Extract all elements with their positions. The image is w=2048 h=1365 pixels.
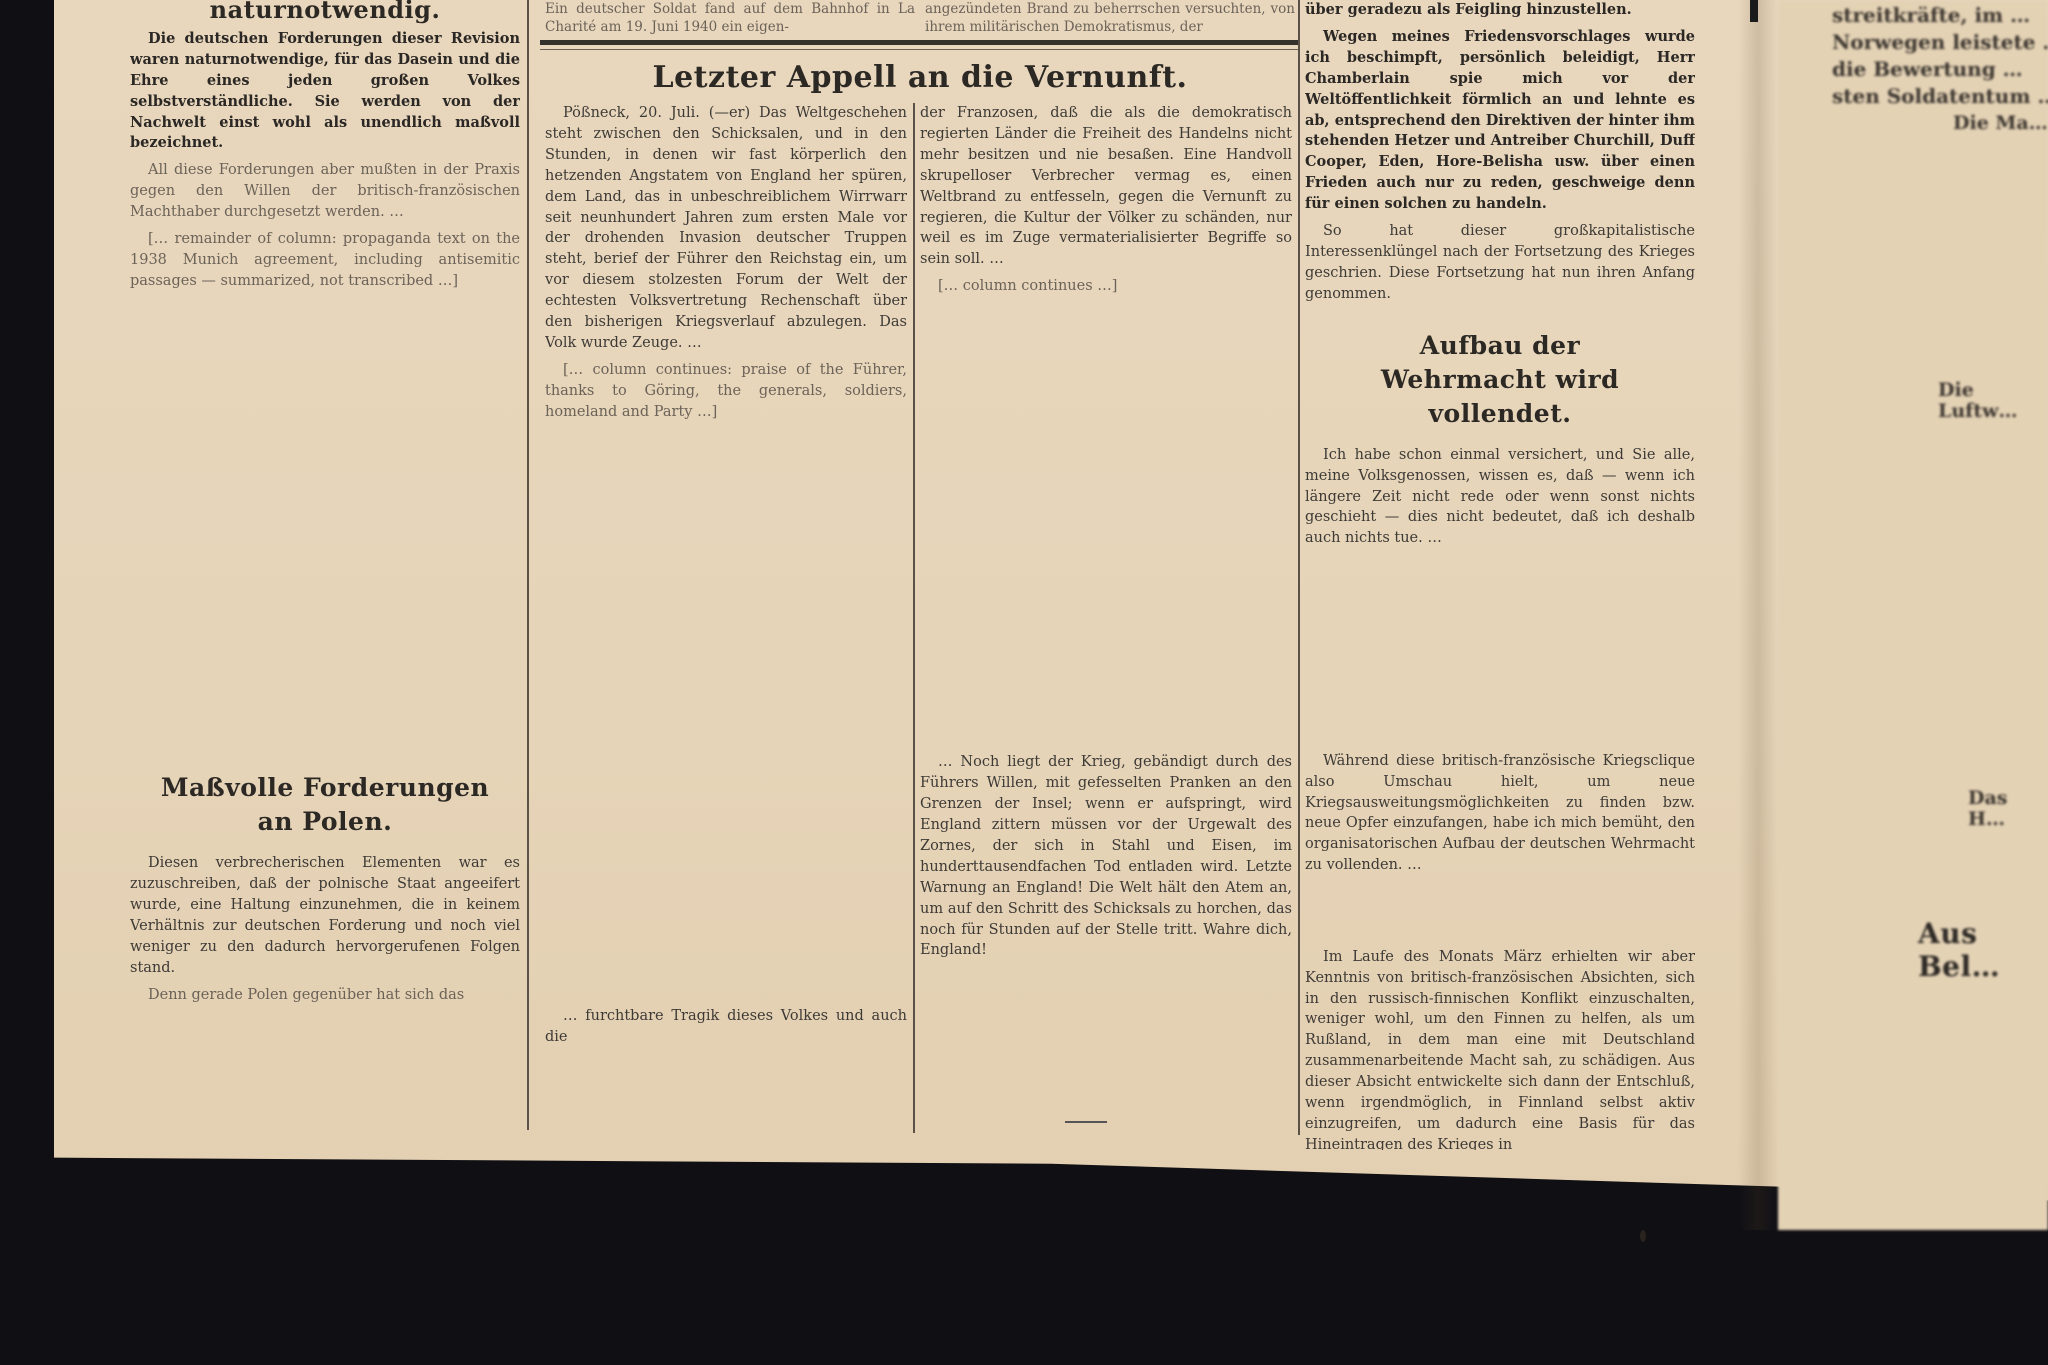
paragraph: Pößneck, 20. Juli. (—er) Das Weltgescheh… (545, 103, 907, 354)
top-fragment-right: angezündeten Brand zu beherrschen versuc… (925, 0, 1295, 40)
page-fold (1738, 0, 1778, 1230)
paragraph: So hat dieser großkapitalistische Intere… (1305, 221, 1695, 305)
headline-top-partial: naturnotwendig. (130, 0, 520, 21)
column-rule (527, 0, 529, 1130)
end-of-article-dash (1065, 1121, 1107, 1123)
column-3: der Franzosen, daß die als die demokrati… (920, 103, 1292, 1133)
right-subhead: Die Ma… (1953, 113, 2048, 134)
text-line: streitkräfte, im … (1832, 2, 2048, 29)
paragraph: Die deutschen Forderungen dieser Revisio… (130, 29, 520, 154)
column-rule (913, 103, 915, 1133)
paragraph: [… column continues …] (920, 276, 1292, 746)
right-subhead: Das H… (1968, 788, 2048, 829)
column-2: Pößneck, 20. Juli. (—er) Das Weltgescheh… (545, 103, 907, 1133)
paragraph: … furchtbare Tragik dieses Volkes und au… (545, 1006, 907, 1048)
paragraph: Wegen meines Friedensvorschlages wurde i… (1305, 27, 1695, 215)
paragraph: Im Laufe des Monats März erhielten wir a… (1305, 947, 1695, 1150)
text-line: sten Soldatentum … (1832, 83, 2048, 110)
text-line: die Bewertung … (1832, 56, 2048, 83)
paper-stain (1640, 1230, 1646, 1242)
paragraph: [… remainder of column: propaganda text … (130, 229, 520, 749)
paragraph: über geradezu als Feigling hinzustellen. (1305, 0, 1695, 21)
subheadline-wehrmacht: Aufbau der Wehrmacht wird vollendet. (1335, 329, 1665, 431)
paragraph: Denn gerade Polen gegenüber hat sich das (130, 985, 520, 1006)
headline-rule (540, 40, 1300, 45)
paragraph: [… column continues: praise of the Führe… (545, 360, 907, 1000)
right-subhead: Die Luftw… (1938, 380, 2048, 421)
column-1: naturnotwendig. Die deutschen Forderunge… (130, 0, 520, 1120)
paragraph: Diesen verbrecherischen Elementen war es… (130, 853, 520, 978)
column-4: über geradezu als Feigling hinzustellen.… (1305, 0, 1695, 1150)
paragraph: All diese Forderungen aber mußten in der… (130, 160, 520, 223)
headline-rule-thin (540, 49, 1300, 50)
right-headline: Aus Bel… (1918, 917, 2048, 983)
right-page-partial: streitkräfte, im … Norwegen leistete … d… (1778, 0, 2048, 1230)
fragment-text: angezündeten Brand zu beherrschen versuc… (925, 1, 1295, 35)
paragraph: … Noch liegt der Krieg, gebändigt durch … (920, 752, 1292, 961)
paragraph: Ich habe schon einmal versichert, und Si… (1305, 445, 1695, 745)
top-fragment-left: Ein deutscher Soldat fand auf dem Bahnho… (545, 0, 915, 40)
binding-clip (1750, 0, 1758, 22)
subheadline-poland: Maßvolle Forderungen an Polen. (150, 771, 500, 839)
fragment-text: Ein deutscher Soldat fand auf dem Bahnho… (545, 1, 915, 35)
paragraph: der Franzosen, daß die als die demokrati… (920, 103, 1292, 270)
column-rule (1298, 0, 1300, 1135)
text-line: Norwegen leistete … (1832, 29, 2048, 56)
paragraph: Während diese britisch-französische Krie… (1305, 751, 1695, 941)
lead-headline: Letzter Appell an die Vernunft. (540, 60, 1300, 96)
